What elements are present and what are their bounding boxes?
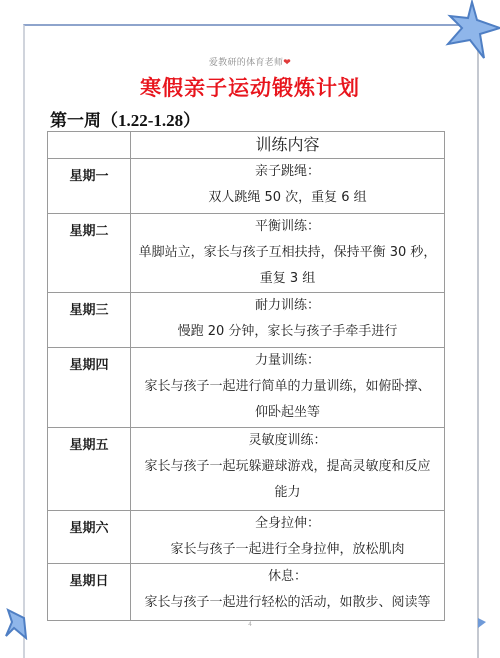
content-cell: 灵敏度训练： 家长与孩子一起玩躲避球游戏，提高灵敏度和反应 能力 bbox=[131, 428, 445, 511]
content-cell: 平衡训练： 单脚站立，家长与孩子互相扶持，保持平衡 30 秒， 重复 3 组 bbox=[131, 214, 445, 293]
training-category: 灵敏度训练： bbox=[131, 428, 444, 454]
training-detail: 单脚站立，家长与孩子互相扶持，保持平衡 30 秒， bbox=[131, 240, 444, 266]
star-decoration-icon bbox=[442, 0, 500, 62]
training-detail: 慢跑 20 分钟，家长与孩子手牵手进行 bbox=[131, 319, 444, 345]
training-detail: 重复 3 组 bbox=[131, 266, 444, 292]
table-row: 星期三 耐力训练： 慢跑 20 分钟，家长与孩子手牵手进行 bbox=[48, 293, 445, 348]
table-row: 星期一 亲子跳绳： 双人跳绳 50 次，重复 6 组 bbox=[48, 159, 445, 214]
content-cell: 力量训练： 家长与孩子一起进行简单的力量训练，如俯卧撑、 仰卧起坐等 bbox=[131, 348, 445, 428]
training-detail: 家长与孩子一起进行简单的力量训练，如俯卧撑、 bbox=[131, 374, 444, 400]
column-header-content: 训练内容 bbox=[131, 132, 445, 159]
day-cell: 星期五 bbox=[48, 428, 131, 511]
day-cell: 星期六 bbox=[48, 511, 131, 564]
schedule-table: 训练内容 星期一 亲子跳绳： 双人跳绳 50 次，重复 6 组 星期二 平衡训练… bbox=[47, 131, 445, 621]
day-cell: 星期三 bbox=[48, 293, 131, 348]
day-cell: 星期一 bbox=[48, 159, 131, 214]
training-detail: 家长与孩子一起玩躲避球游戏，提高灵敏度和反应 bbox=[131, 454, 444, 480]
table-header-row: 训练内容 bbox=[48, 132, 445, 159]
training-detail: 能力 bbox=[131, 480, 444, 506]
page-number: 4 bbox=[0, 621, 500, 628]
training-category: 平衡训练： bbox=[131, 214, 444, 240]
author-name: 爱教研的体育老师 bbox=[209, 58, 283, 68]
training-detail: 家长与孩子一起进行轻松的活动，如散步、阅读等 bbox=[131, 590, 444, 616]
author-caption: 爱教研的体育老师❤ bbox=[0, 55, 500, 68]
table-row: 星期四 力量训练： 家长与孩子一起进行简单的力量训练，如俯卧撑、 仰卧起坐等 bbox=[48, 348, 445, 428]
training-detail: 双人跳绳 50 次，重复 6 组 bbox=[131, 185, 444, 211]
content-cell: 亲子跳绳： 双人跳绳 50 次，重复 6 组 bbox=[131, 159, 445, 214]
training-detail: 家长与孩子一起进行全身拉伸，放松肌肉 bbox=[131, 537, 444, 563]
content-cell: 全身拉伸： 家长与孩子一起进行全身拉伸，放松肌肉 bbox=[131, 511, 445, 564]
week-heading: 第一周（1.22-1.28） bbox=[50, 106, 200, 131]
training-category: 休息： bbox=[131, 564, 444, 590]
training-category: 力量训练： bbox=[131, 348, 444, 374]
table-row: 星期六 全身拉伸： 家长与孩子一起进行全身拉伸，放松肌肉 bbox=[48, 511, 445, 564]
training-detail: 仰卧起坐等 bbox=[131, 400, 444, 426]
training-category: 全身拉伸： bbox=[131, 511, 444, 537]
week-label: 第一周 bbox=[50, 111, 101, 131]
day-cell: 星期二 bbox=[48, 214, 131, 293]
day-cell: 星期日 bbox=[48, 564, 131, 621]
table-row: 星期五 灵敏度训练： 家长与孩子一起玩躲避球游戏，提高灵敏度和反应 能力 bbox=[48, 428, 445, 511]
week-dates: （1.22-1.28） bbox=[101, 111, 200, 130]
page-title: 寒假亲子运动锻炼计划 bbox=[0, 72, 500, 102]
heart-icon: ❤ bbox=[283, 58, 291, 68]
column-header-day bbox=[48, 132, 131, 159]
training-category: 亲子跳绳： bbox=[131, 159, 444, 185]
content-cell: 耐力训练： 慢跑 20 分钟，家长与孩子手牵手进行 bbox=[131, 293, 445, 348]
table-row: 星期二 平衡训练： 单脚站立，家长与孩子互相扶持，保持平衡 30 秒， 重复 3… bbox=[48, 214, 445, 293]
table-row: 星期日 休息： 家长与孩子一起进行轻松的活动，如散步、阅读等 bbox=[48, 564, 445, 621]
day-cell: 星期四 bbox=[48, 348, 131, 428]
content-cell: 休息： 家长与孩子一起进行轻松的活动，如散步、阅读等 bbox=[131, 564, 445, 621]
training-category: 耐力训练： bbox=[131, 293, 444, 319]
